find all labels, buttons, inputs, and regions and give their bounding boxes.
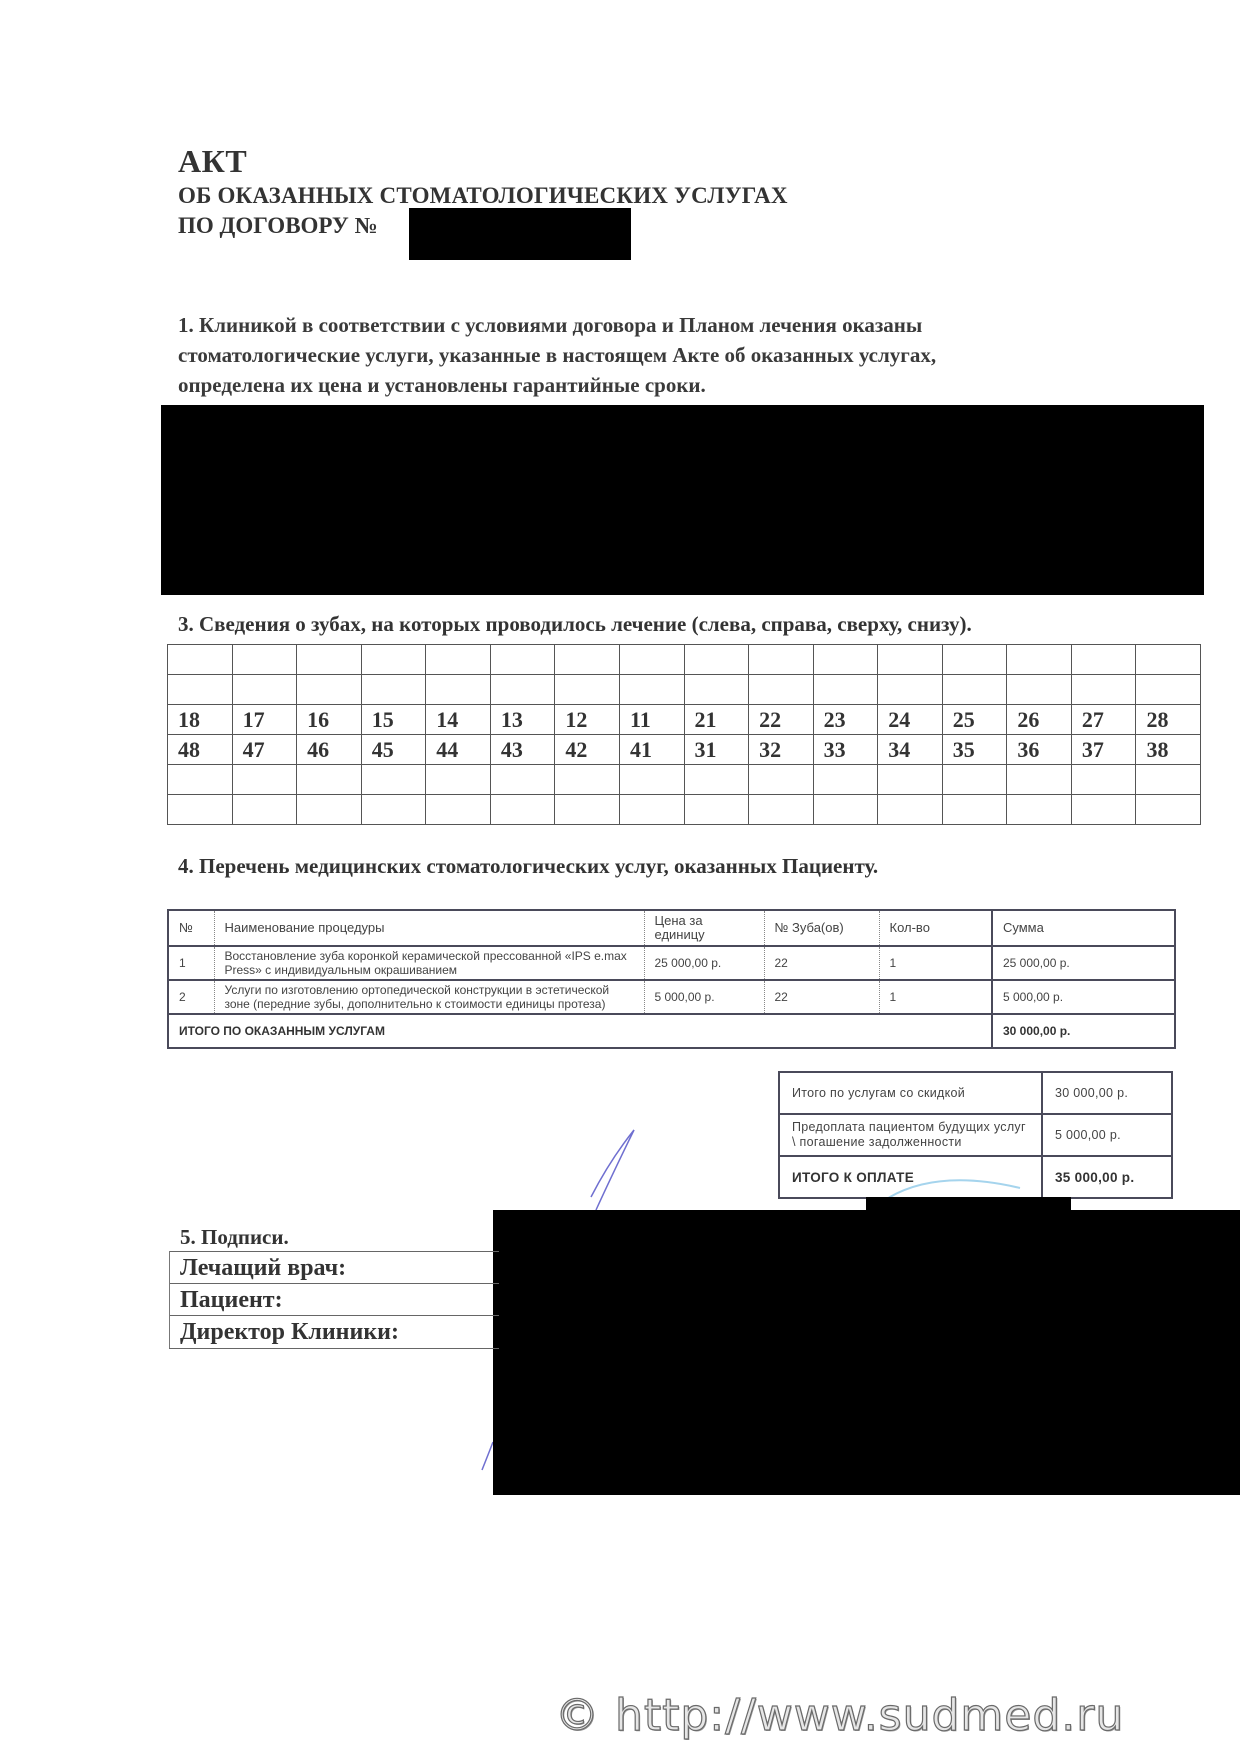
teeth-blank-row (168, 645, 1201, 675)
tooth-cell (426, 675, 491, 705)
tooth-cell (878, 645, 943, 675)
tooth-cell (813, 795, 878, 825)
summary-row: Предоплата пациентом будущих услуг \ пог… (779, 1114, 1172, 1156)
signature-divider (169, 1315, 499, 1316)
tooth-cell (619, 795, 684, 825)
pen-stroke (596, 1130, 634, 1210)
tooth-number: 46 (297, 735, 362, 765)
tooth-cell (555, 675, 620, 705)
signature-divider (169, 1348, 499, 1349)
tooth-number: 35 (942, 735, 1007, 765)
tooth-cell (942, 645, 1007, 675)
signatory-doctor: Лечащий врач: (180, 1255, 346, 1282)
teeth-row: 18171615141312112122232425262728 (168, 705, 1201, 735)
total-value: 30 000,00 р. (992, 1014, 1175, 1048)
tooth-number: 21 (684, 705, 749, 735)
tooth-cell (168, 645, 233, 675)
tooth-cell (749, 795, 814, 825)
tooth-cell (1007, 795, 1072, 825)
tooth-cell (684, 795, 749, 825)
tooth-number: 11 (619, 705, 684, 735)
tooth-cell (878, 765, 943, 795)
services-header-row: № Наименование процедуры Цена за единицу… (168, 910, 1175, 946)
tooth-cell (813, 645, 878, 675)
tooth-cell (297, 765, 362, 795)
tooth-number: 18 (168, 705, 233, 735)
tooth-cell (942, 765, 1007, 795)
tooth-number: 13 (490, 705, 555, 735)
summary-value: 30 000,00 р. (1042, 1072, 1172, 1114)
teeth-blank-row (168, 765, 1201, 795)
tooth-cell (361, 645, 426, 675)
tooth-cell (426, 765, 491, 795)
document-title: АКТ (178, 143, 247, 180)
tooth-number: 26 (1007, 705, 1072, 735)
tooth-cell (168, 675, 233, 705)
tooth-cell (490, 675, 555, 705)
col-tooth: № Зуба(ов) (764, 910, 879, 946)
redacted-signatures (493, 1210, 1240, 1495)
tooth-cell (297, 645, 362, 675)
summary-row: Итого по услугам со скидкой 30 000,00 р. (779, 1072, 1172, 1114)
tooth-cell (1007, 765, 1072, 795)
row-tooth: 22 (764, 980, 879, 1014)
signature-divider (169, 1283, 499, 1284)
tooth-number: 31 (684, 735, 749, 765)
tooth-cell (749, 645, 814, 675)
table-row: 2 Услуги по изготовлению ортопедической … (168, 980, 1175, 1014)
col-name: Наименование процедуры (214, 910, 644, 946)
tooth-cell (555, 765, 620, 795)
redacted-section2 (161, 405, 1204, 595)
tooth-cell (490, 765, 555, 795)
tooth-number: 42 (555, 735, 620, 765)
tooth-cell (490, 645, 555, 675)
tooth-cell (749, 675, 814, 705)
summary-value: 35 000,00 р. (1042, 1156, 1172, 1198)
tooth-cell (813, 675, 878, 705)
tooth-cell (942, 795, 1007, 825)
tooth-cell (942, 675, 1007, 705)
tooth-cell (555, 795, 620, 825)
row-price: 25 000,00 р. (644, 946, 764, 980)
tooth-cell (684, 765, 749, 795)
tooth-number: 47 (232, 735, 297, 765)
redacted-contract-number (409, 208, 631, 260)
tooth-cell (749, 765, 814, 795)
col-qty: Кол-во (879, 910, 992, 946)
tooth-cell (232, 645, 297, 675)
pen-stroke (591, 1130, 634, 1197)
tooth-number: 37 (1071, 735, 1136, 765)
tooth-cell (168, 795, 233, 825)
section1-line: определена их цена и установлены гаранти… (178, 373, 706, 398)
tooth-number: 23 (813, 705, 878, 735)
signature-left-border (169, 1251, 170, 1348)
tooth-cell (1071, 645, 1136, 675)
tooth-number: 33 (813, 735, 878, 765)
summary-label: Предоплата пациентом будущих услуг \ пог… (779, 1114, 1042, 1156)
summary-value: 5 000,00 р. (1042, 1114, 1172, 1156)
tooth-cell (361, 795, 426, 825)
row-name: Услуги по изготовлению ортопедической ко… (214, 980, 644, 1014)
tooth-number: 16 (297, 705, 362, 735)
tooth-cell (555, 645, 620, 675)
section1-line: 1. Клиникой в соответствии с условиями д… (178, 313, 922, 338)
tooth-cell (426, 645, 491, 675)
tooth-number: 27 (1071, 705, 1136, 735)
teeth-row: 48474645444342413132333435363738 (168, 735, 1201, 765)
teeth-blank-row (168, 675, 1201, 705)
tooth-number: 22 (749, 705, 814, 735)
services-total-row: ИТОГО ПО ОКАЗАННЫМ УСЛУГАМ 30 000,00 р. (168, 1014, 1175, 1048)
tooth-number: 36 (1007, 735, 1072, 765)
tooth-cell (361, 675, 426, 705)
section1-line: стоматологические услуги, указанные в на… (178, 343, 936, 368)
tooth-number: 17 (232, 705, 297, 735)
teeth-chart: 1817161514131211212223242526272848474645… (167, 644, 1201, 825)
tooth-number: 34 (878, 735, 943, 765)
tooth-cell (813, 765, 878, 795)
tooth-cell (1071, 765, 1136, 795)
tooth-cell (297, 675, 362, 705)
document-subtitle: ОБ ОКАЗАННЫХ СТОМАТОЛОГИЧЕСКИХ УСЛУГАХ (178, 183, 788, 209)
tooth-number: 43 (490, 735, 555, 765)
tooth-number: 32 (749, 735, 814, 765)
signatory-patient: Пациент: (180, 1287, 283, 1314)
tooth-number: 14 (426, 705, 491, 735)
tooth-cell (232, 765, 297, 795)
tooth-number: 41 (619, 735, 684, 765)
row-sum: 25 000,00 р. (992, 946, 1175, 980)
tooth-number: 44 (426, 735, 491, 765)
tooth-number: 45 (361, 735, 426, 765)
section5-heading: 5. Подписи. (180, 1225, 289, 1250)
row-sum: 5 000,00 р. (992, 980, 1175, 1014)
tooth-number: 24 (878, 705, 943, 735)
total-label: ИТОГО ПО ОКАЗАННЫМ УСЛУГАМ (168, 1014, 992, 1048)
teeth-blank-row (168, 795, 1201, 825)
payment-summary-table: Итого по услугам со скидкой 30 000,00 р.… (778, 1071, 1173, 1199)
tooth-cell (878, 675, 943, 705)
tooth-cell (361, 765, 426, 795)
contract-label: ПО ДОГОВОРУ № (178, 213, 378, 239)
tooth-cell (1007, 645, 1072, 675)
col-price: Цена за единицу (644, 910, 764, 946)
row-qty: 1 (879, 946, 992, 980)
tooth-cell (1136, 765, 1201, 795)
tooth-cell (1071, 795, 1136, 825)
pen-stroke (482, 1442, 493, 1470)
summary-row: ИТОГО К ОПЛАТЕ 35 000,00 р. (779, 1156, 1172, 1198)
row-price: 5 000,00 р. (644, 980, 764, 1014)
tooth-cell (619, 765, 684, 795)
row-no: 1 (168, 946, 214, 980)
table-row: 1 Восстановление зуба коронкой керамичес… (168, 946, 1175, 980)
col-sum: Сумма (992, 910, 1175, 946)
tooth-cell (232, 675, 297, 705)
row-tooth: 22 (764, 946, 879, 980)
tooth-cell (878, 795, 943, 825)
tooth-cell (684, 675, 749, 705)
tooth-number: 38 (1136, 735, 1201, 765)
col-no: № (168, 910, 214, 946)
section3-heading: 3. Сведения о зубах, на которых проводил… (178, 612, 972, 637)
tooth-number: 28 (1136, 705, 1201, 735)
signatory-director: Директор Клиники: (180, 1319, 399, 1346)
signature-divider (169, 1251, 499, 1252)
tooth-cell (232, 795, 297, 825)
tooth-cell (619, 645, 684, 675)
summary-label: Итого по услугам со скидкой (779, 1072, 1042, 1114)
tooth-cell (168, 765, 233, 795)
tooth-number: 48 (168, 735, 233, 765)
tooth-cell (1071, 675, 1136, 705)
tooth-number: 12 (555, 705, 620, 735)
tooth-number: 15 (361, 705, 426, 735)
tooth-cell (426, 795, 491, 825)
watermark: © http://www.sudmed.ru (555, 1690, 1124, 1741)
tooth-cell (490, 795, 555, 825)
tooth-cell (684, 645, 749, 675)
row-name: Восстановление зуба коронкой керамическо… (214, 946, 644, 980)
tooth-cell (1136, 675, 1201, 705)
section4-heading: 4. Перечень медицинских стоматологически… (178, 854, 878, 879)
summary-label: ИТОГО К ОПЛАТЕ (779, 1156, 1042, 1198)
tooth-cell (297, 795, 362, 825)
tooth-number: 25 (942, 705, 1007, 735)
services-table: № Наименование процедуры Цена за единицу… (167, 909, 1176, 1049)
row-qty: 1 (879, 980, 992, 1014)
tooth-cell (1136, 795, 1201, 825)
row-no: 2 (168, 980, 214, 1014)
tooth-cell (1136, 645, 1201, 675)
tooth-cell (619, 675, 684, 705)
tooth-cell (1007, 675, 1072, 705)
